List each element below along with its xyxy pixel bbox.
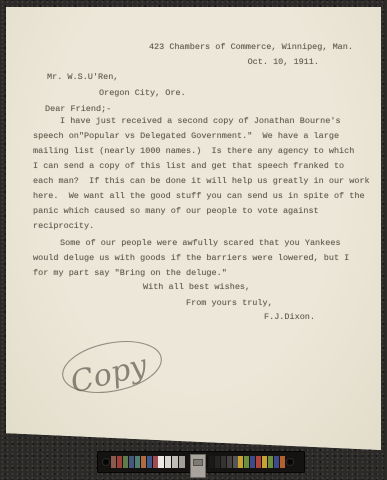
letter-date: Oct. 10, 1911.: [248, 57, 319, 67]
color-patch: [117, 456, 122, 468]
color-patch: [280, 456, 285, 468]
closing-wishes: With all best wishes,: [143, 282, 250, 292]
color-patch: [238, 456, 243, 468]
color-calibration-bar: [97, 451, 305, 473]
body-line: for my part say "Bring on the deluge.": [33, 266, 349, 281]
body-line: here. We want all the good stuff you can…: [33, 189, 370, 204]
body-line: reciprocity.: [33, 219, 370, 234]
gray-patch: [172, 456, 178, 468]
color-patch: [274, 456, 279, 468]
recipient-city: Oregon City, Ore.: [99, 88, 186, 98]
color-patch: [111, 456, 116, 468]
dark-patch: [215, 456, 220, 468]
color-patch: [147, 456, 152, 468]
calibration-gray-wedge: [158, 456, 185, 468]
body-line: each man? If this can be done it will he…: [33, 174, 370, 189]
gray-patch: [179, 456, 185, 468]
color-patch: [141, 456, 146, 468]
recipient-name: Mr. W.S.U'Ren,: [47, 72, 118, 82]
gray-patch: [165, 456, 171, 468]
body-line: would deluge us with goods if the barrie…: [33, 251, 349, 266]
body-line: panic which caused so many of our people…: [33, 204, 370, 219]
copy-stamp-text: Copy: [67, 348, 151, 401]
closing-valediction: From yours truly,: [186, 298, 273, 308]
color-patch: [268, 456, 273, 468]
calibration-tab: [190, 454, 206, 478]
gray-patch: [158, 456, 164, 468]
body-line: mailing list (nearly 1000 names.) Is the…: [33, 144, 370, 159]
dark-patch: [221, 456, 226, 468]
calibration-dot-right: [287, 459, 293, 465]
body-paragraph-1: I have just received a second copy of Jo…: [33, 114, 370, 234]
calibration-dark-wedge: [203, 456, 238, 468]
letter-paper: 423 Chambers of Commerce, Winnipeg, Man.…: [6, 7, 381, 450]
body-line: I have just received a second copy of Jo…: [33, 114, 370, 129]
salutation: Dear Friend;-: [45, 104, 111, 114]
body-paragraph-2: Some of our people were awfully scared t…: [33, 236, 349, 281]
signature: F.J.Dixon.: [264, 312, 315, 322]
dark-patch: [209, 456, 214, 468]
color-patch: [250, 456, 255, 468]
body-line: I can send a copy of this list and get t…: [33, 159, 370, 174]
color-patch: [256, 456, 261, 468]
color-patch: [135, 456, 140, 468]
calibration-color-patches-left: [111, 456, 158, 468]
color-patch: [262, 456, 267, 468]
sender-address: 423 Chambers of Commerce, Winnipeg, Man.: [149, 42, 353, 52]
copy-stamp: Copy: [48, 333, 178, 413]
body-line: Some of our people were awfully scared t…: [33, 236, 349, 251]
dark-patch: [227, 456, 232, 468]
color-patch: [129, 456, 134, 468]
color-patch: [123, 456, 128, 468]
color-patch: [244, 456, 249, 468]
calibration-color-patches-right: [238, 456, 285, 468]
calibration-dot-left: [103, 459, 109, 465]
body-line: speech on"Popular vs Delegated Governmen…: [33, 129, 370, 144]
